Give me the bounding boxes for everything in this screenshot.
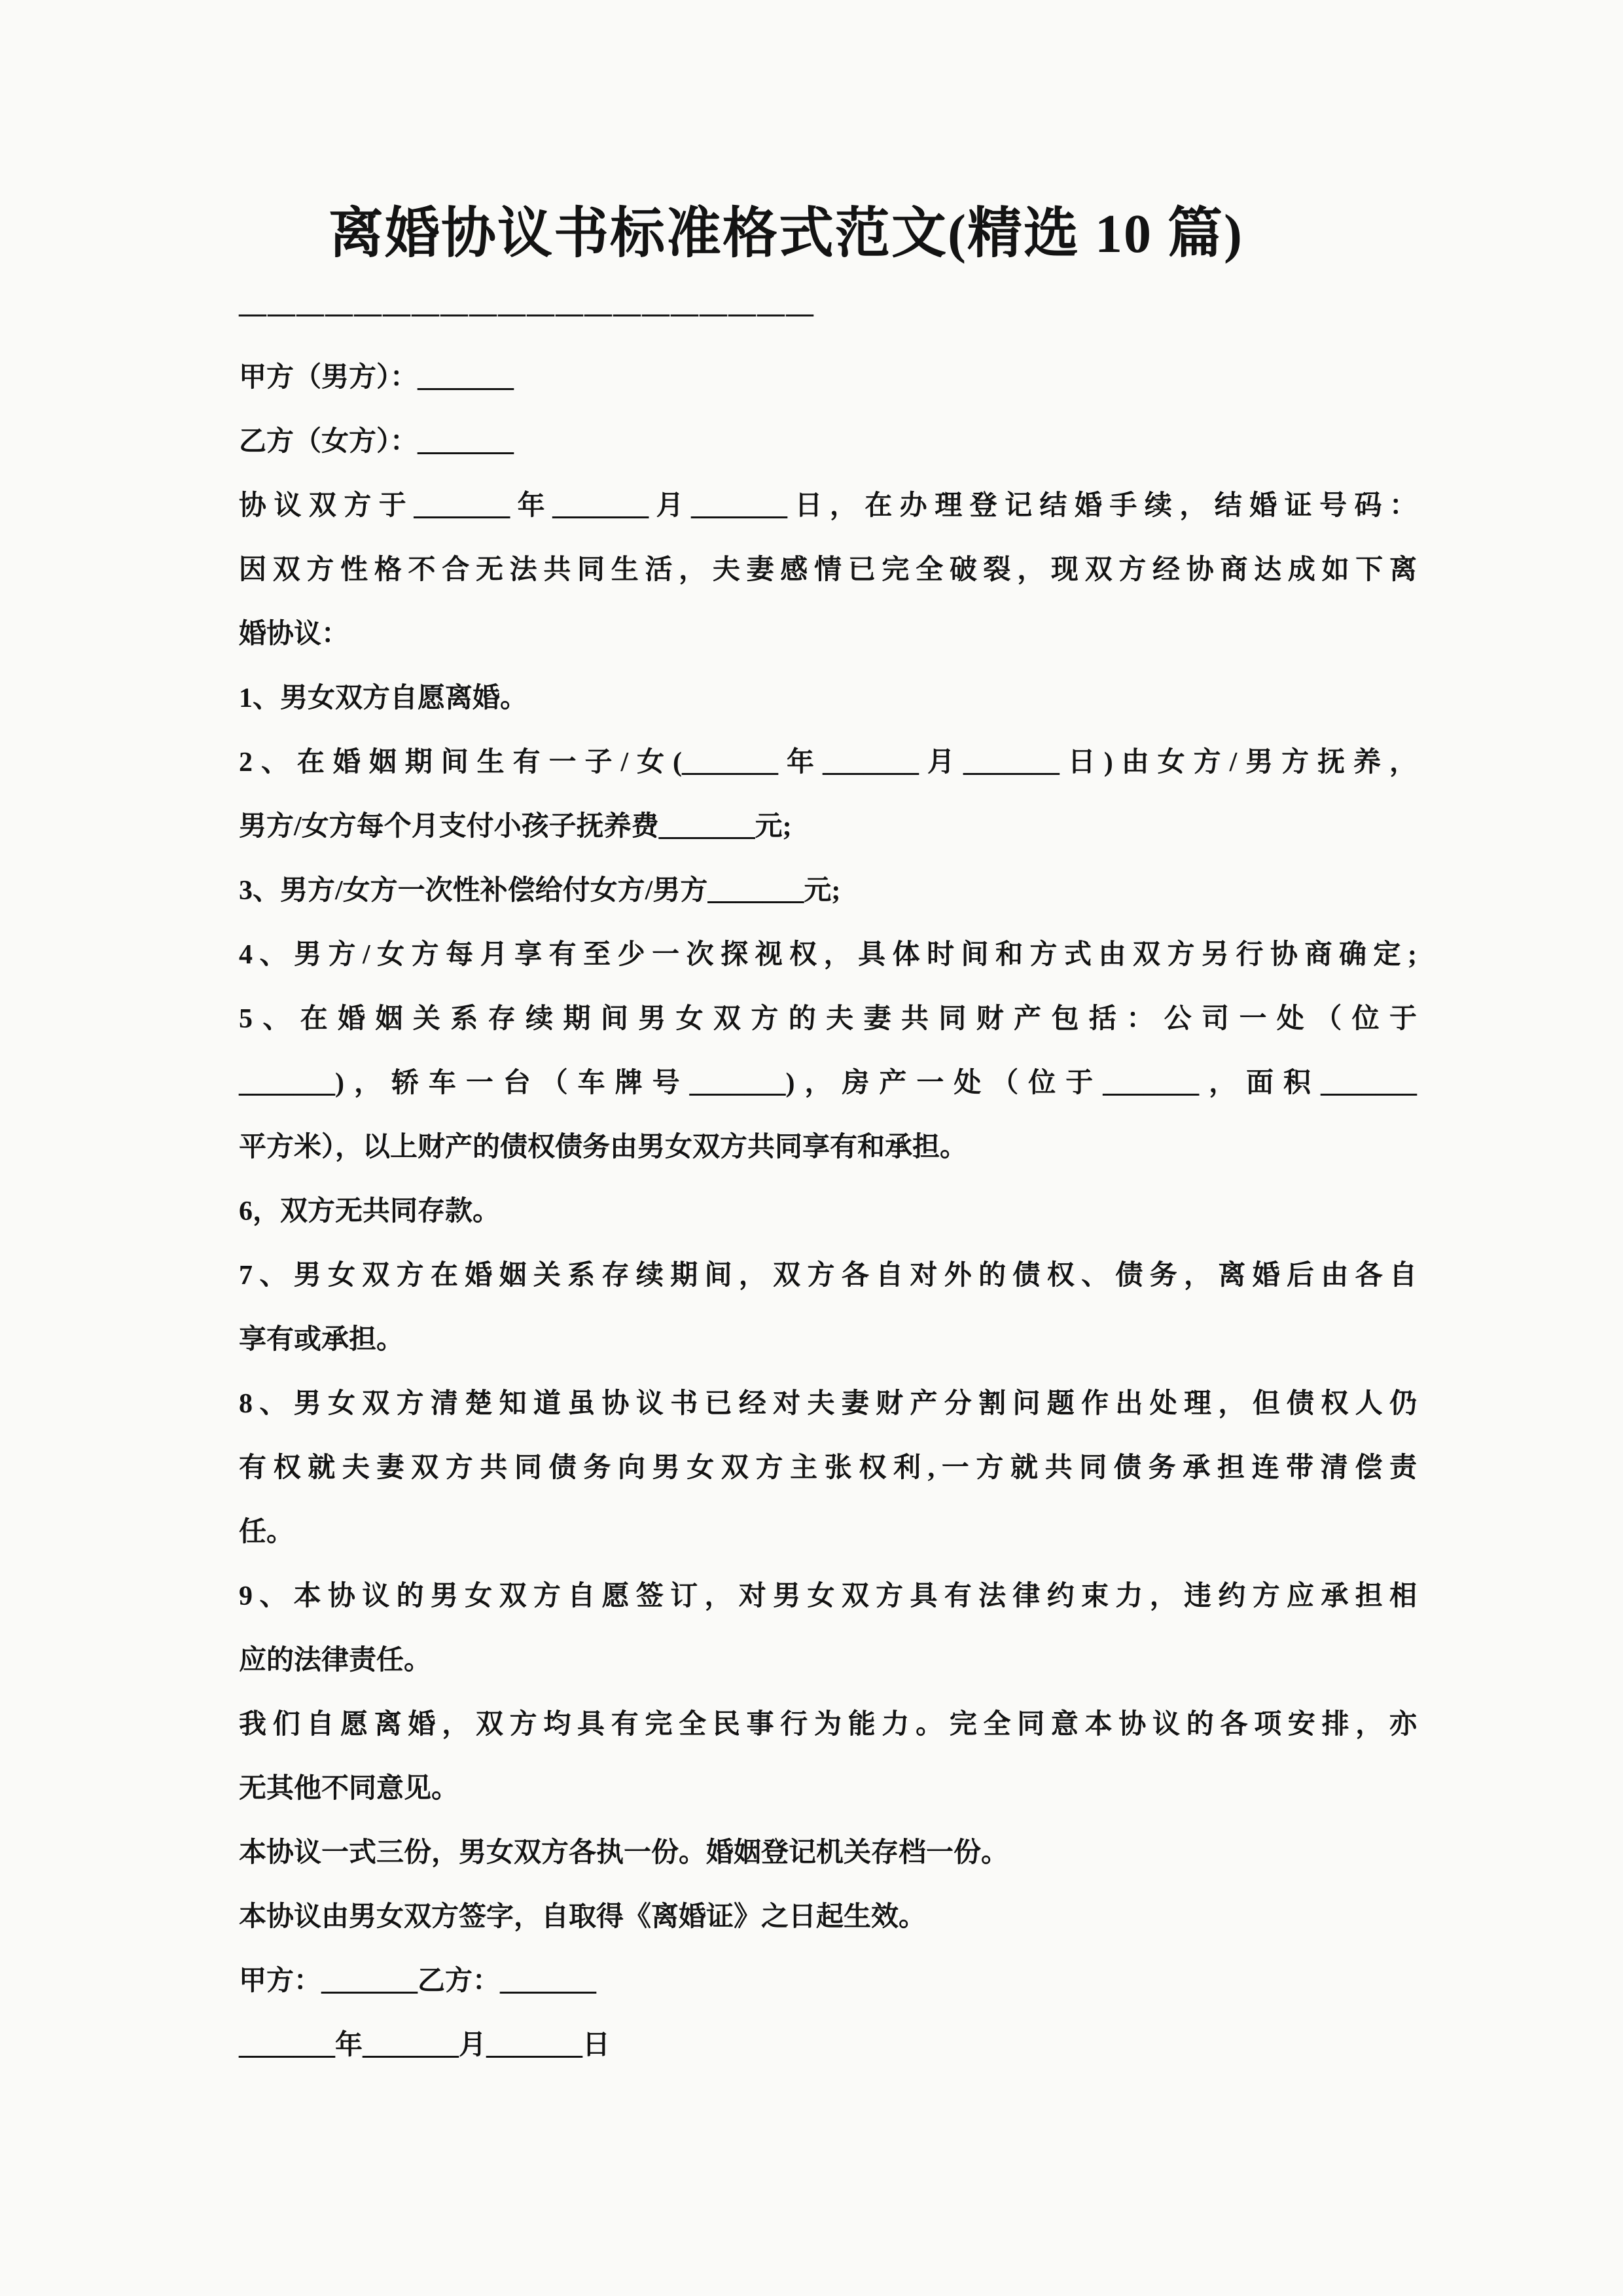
text-line-16: 享有或承担。 <box>239 1308 1417 1372</box>
document-page: 离婚协议书标准格式范文(精选 10 篇) ———————————————————… <box>0 0 1623 2296</box>
text-line-26: 甲方：_______乙方：_______ <box>239 1949 1417 2013</box>
dashed-divider: ———————————————————— <box>239 281 1417 346</box>
text-line-8: 男方/女方每个月支付小孩子抚养费_______元; <box>239 795 1417 859</box>
text-line-10: 4、男方/女方每月享有至少一次探视权，具体时间和方式由双方另行协商确定; <box>239 923 1417 987</box>
text-line-2: 乙方（女方）：_______ <box>239 410 1417 474</box>
text-line-23: 无其他不同意见。 <box>239 1757 1417 1821</box>
text-lines-container: 甲方（男方）：_______乙方（女方）：_______协议双方于_______… <box>239 346 1417 2077</box>
document-body: ———————————————————— 甲方（男方）：_______乙方（女方… <box>239 281 1417 2077</box>
text-line-12: _______)，轿车一台（车牌号_______)，房产一处（位于_______… <box>239 1051 1417 1115</box>
text-line-18: 有权就夫妻双方共同债务向男女双方主张权利,一方就共同债务承担连带清偿责 <box>239 1436 1417 1500</box>
text-line-4: 因双方性格不合无法共同生活，夫妻感情已完全破裂，现双方经协商达成如下离 <box>239 538 1417 602</box>
text-line-1: 甲方（男方）：_______ <box>239 346 1417 410</box>
text-line-17: 8、男女双方清楚知道虽协议书已经对夫妻财产分割问题作出处理，但债权人仍 <box>239 1372 1417 1436</box>
text-line-20: 9、本协议的男女双方自愿签订，对男女双方具有法律约束力，违约方应承担相 <box>239 1564 1417 1628</box>
text-line-24: 本协议一式三份，男女双方各执一份。婚姻登记机关存档一份。 <box>239 1821 1417 1885</box>
text-line-14: 6，双方无共同存款。 <box>239 1179 1417 1244</box>
text-line-21: 应的法律责任。 <box>239 1628 1417 1693</box>
text-line-22: 我们自愿离婚，双方均具有完全民事行为能力。完全同意本协议的各项安排，亦 <box>239 1693 1417 1757</box>
text-line-5: 婚协议： <box>239 602 1417 666</box>
text-line-13: 平方米），以上财产的债权债务由男女双方共同享有和承担。 <box>239 1115 1417 1179</box>
text-line-3: 协议双方于_______年_______月_______日，在办理登记结婚手续，… <box>239 474 1417 538</box>
text-line-11: 5、在婚姻关系存续期间男女双方的夫妻共同财产包括：公司一处（位于 <box>239 987 1417 1051</box>
text-line-9: 3、男方/女方一次性补偿给付女方/男方_______元; <box>239 859 1417 923</box>
text-line-27: _______年_______月_______日 <box>239 2013 1417 2077</box>
text-line-6: 1、男女双方自愿离婚。 <box>239 666 1417 730</box>
document-title: 离婚协议书标准格式范文(精选 10 篇) <box>0 196 1623 272</box>
text-line-15: 7、男女双方在婚姻关系存续期间，双方各自对外的债权、债务，离婚后由各自 <box>239 1244 1417 1308</box>
text-line-19: 任。 <box>239 1500 1417 1564</box>
text-line-25: 本协议由男女双方签字，自取得《离婚证》之日起生效。 <box>239 1885 1417 1949</box>
text-line-7: 2、在婚姻期间生有一子/女(_______年_______月_______日)由… <box>239 730 1417 795</box>
